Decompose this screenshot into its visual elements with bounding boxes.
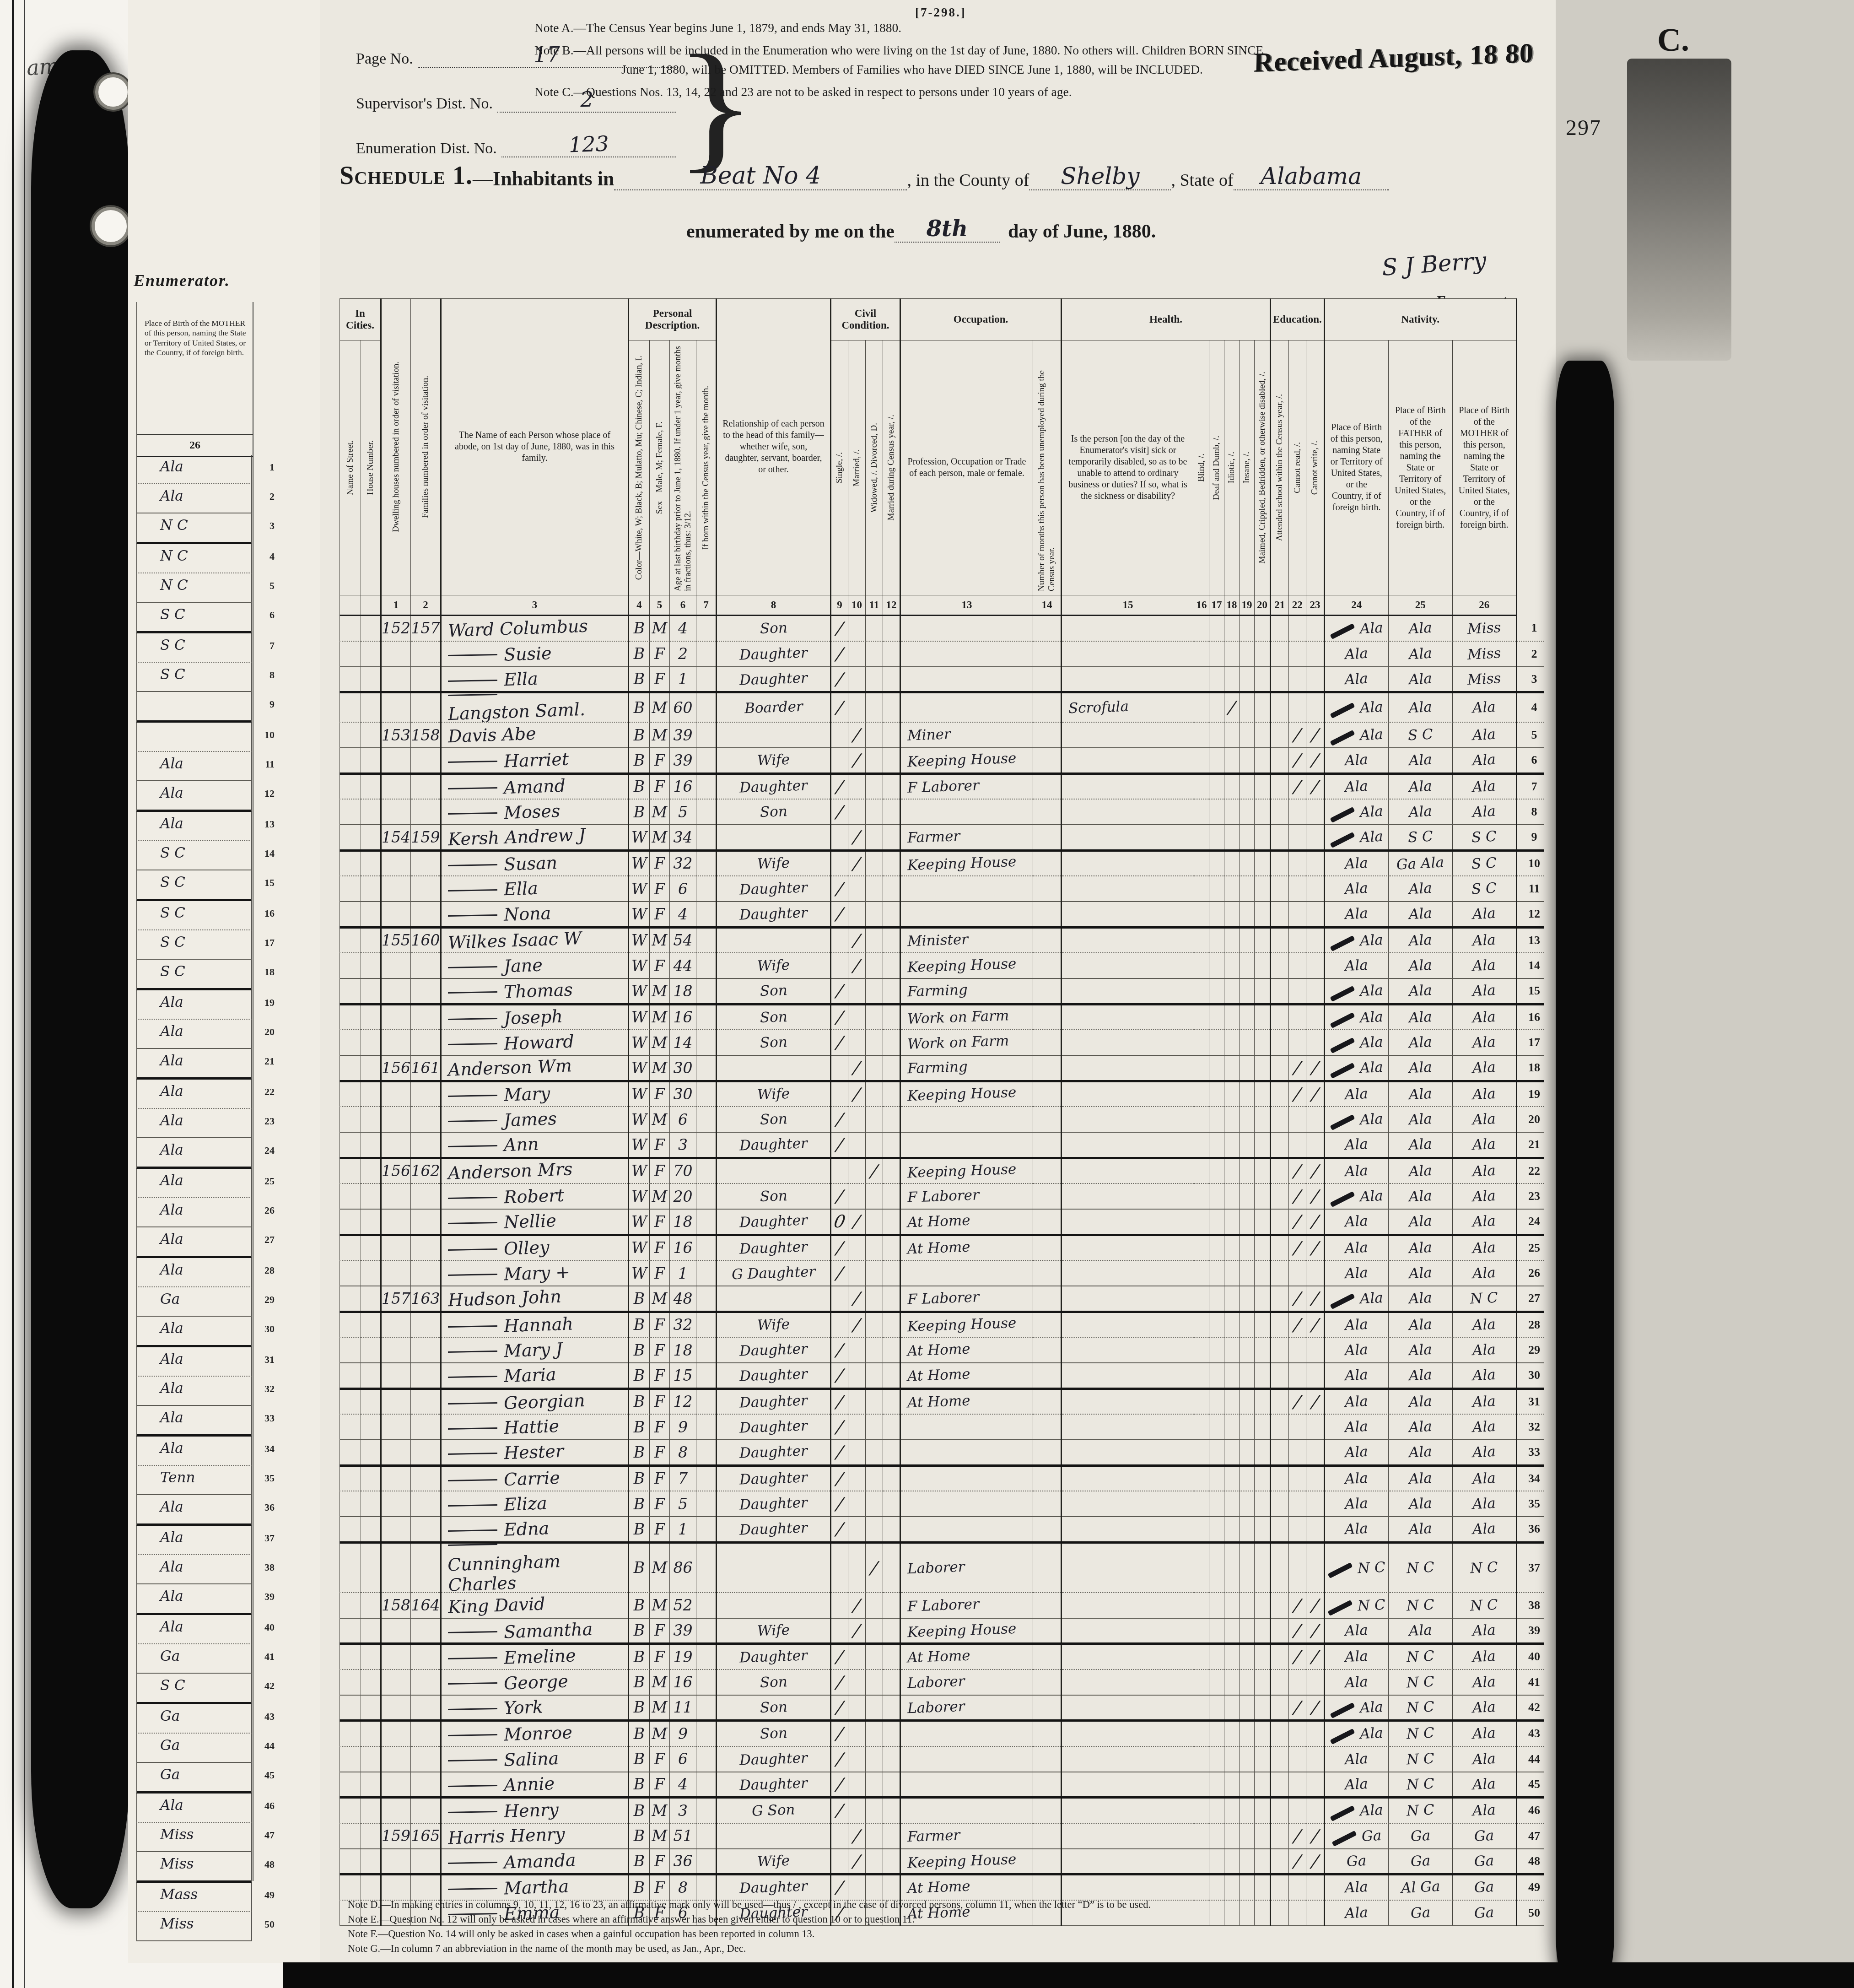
table-row: MonroeBM9Son/AlaN CAla43 xyxy=(340,1721,1544,1746)
cell-widowed xyxy=(866,1055,883,1081)
cell-color: B xyxy=(629,1798,650,1823)
cell-widowed xyxy=(866,641,883,667)
cell-age: 8 xyxy=(670,1440,696,1465)
cell-deaf_dumb xyxy=(1209,1875,1224,1900)
cell-name: Kersh Andrew J xyxy=(441,825,629,850)
cell-idiotic xyxy=(1224,1107,1240,1132)
cell-unemployed xyxy=(1033,1183,1062,1209)
cell-married_year xyxy=(883,722,900,748)
cell-birth_mother: S C xyxy=(1452,825,1516,850)
prev-value-row: Ala25 xyxy=(136,1169,252,1198)
cell-dw: 156 xyxy=(381,1055,411,1081)
cell-birth_self: Ala xyxy=(1324,1183,1388,1209)
row-number: 6 xyxy=(1516,748,1544,773)
col-header-married: Married, /. xyxy=(848,340,866,595)
cell-age: 8 xyxy=(670,1875,696,1900)
cell-age: 32 xyxy=(670,1312,696,1337)
cell-born_month xyxy=(696,1132,717,1158)
row-number: 48 xyxy=(1516,1849,1544,1875)
cell-deaf_dumb xyxy=(1209,1312,1224,1337)
cell-relation: Daughter xyxy=(717,1746,831,1772)
cell-blind xyxy=(1194,1875,1209,1900)
cell-maimed xyxy=(1255,1746,1271,1772)
cell-relation: Wife xyxy=(717,1849,831,1875)
cell-birth_self: Ala xyxy=(1324,1158,1388,1183)
cell-fam xyxy=(411,1772,441,1798)
cell-maimed xyxy=(1255,1875,1271,1900)
cell-single xyxy=(831,1542,848,1593)
cell-maimed xyxy=(1255,773,1271,799)
cell-birth_father: Ala xyxy=(1388,1030,1452,1055)
cell-color: B xyxy=(629,1312,650,1337)
cell-house xyxy=(361,692,381,723)
cell-maimed xyxy=(1255,722,1271,748)
cell-age: 18 xyxy=(670,1337,696,1363)
cell-blind xyxy=(1194,1107,1209,1132)
cell-dw: 153 xyxy=(381,722,411,748)
cell-maimed xyxy=(1255,1107,1271,1132)
cell-street xyxy=(340,616,361,641)
cell-born_month xyxy=(696,667,717,692)
cell-cannot_read xyxy=(1288,1772,1306,1798)
cell-birth_self: N C xyxy=(1324,1542,1388,1593)
cell-sickness xyxy=(1062,825,1194,850)
cell-unemployed xyxy=(1033,1235,1062,1260)
cell-maimed xyxy=(1255,1235,1271,1260)
cell-house xyxy=(361,1055,381,1081)
cell-widowed xyxy=(866,1235,883,1260)
group-header-occupation: Occupation. xyxy=(900,299,1062,340)
cell-cannot_write xyxy=(1306,616,1325,641)
table-row: Mary JBF18Daughter/At HomeAlaAlaAla29 xyxy=(340,1337,1544,1363)
cell-relation xyxy=(717,1055,831,1081)
cell-school xyxy=(1271,1158,1289,1183)
cell-unemployed xyxy=(1033,1618,1062,1644)
table-row: JamesWM6Son/AlaAlaAla20 xyxy=(340,1107,1544,1132)
col-header-insane: Insane, /. xyxy=(1240,340,1255,595)
table-row: AnnWF3Daughter/AlaAlaAla21 xyxy=(340,1132,1544,1158)
prev-value-row: Ga41 xyxy=(136,1644,252,1674)
cell-idiotic xyxy=(1224,1055,1240,1081)
cell-insane xyxy=(1240,722,1255,748)
cell-idiotic xyxy=(1224,876,1240,902)
row-number: 38 xyxy=(1516,1593,1544,1618)
cell-birth_father: Ala xyxy=(1388,1312,1452,1337)
binder-ring-icon xyxy=(92,207,130,245)
cell-idiotic xyxy=(1224,1491,1240,1517)
cell-deaf_dumb xyxy=(1209,1465,1224,1491)
cell-single: / xyxy=(831,1440,848,1465)
row-number: 43 xyxy=(1516,1721,1544,1746)
cell-born_month xyxy=(696,616,717,641)
cell-name: Ella xyxy=(441,876,629,902)
cell-occupation xyxy=(900,902,1033,927)
cell-single: / xyxy=(831,1030,848,1055)
prev-value-row: S C14 xyxy=(136,841,252,870)
row-number: 45 xyxy=(1516,1772,1544,1798)
cell-deaf_dumb xyxy=(1209,902,1224,927)
cell-unemployed xyxy=(1033,692,1062,723)
cell-fam: 161 xyxy=(411,1055,441,1081)
cell-unemployed xyxy=(1033,773,1062,799)
table-row: 158164King DavidBM52/F Laborer//N CN CN … xyxy=(340,1593,1544,1618)
cell-house xyxy=(361,1132,381,1158)
group-header-health: Health. xyxy=(1062,299,1271,340)
scan-right-band xyxy=(1556,361,1614,1988)
cell-street xyxy=(340,825,361,850)
cell-married: / xyxy=(848,722,866,748)
cell-birth_mother: Ala xyxy=(1452,799,1516,825)
cell-cannot_write xyxy=(1306,1260,1325,1286)
cell-blind xyxy=(1194,1363,1209,1388)
cell-idiotic xyxy=(1224,1644,1240,1669)
cell-street xyxy=(340,1695,361,1721)
cell-single xyxy=(831,1312,848,1337)
cell-insane xyxy=(1240,1517,1255,1542)
cell-maimed xyxy=(1255,876,1271,902)
cell-married_year xyxy=(883,1465,900,1491)
enumerated-line: enumerated by me on the 8th day of June,… xyxy=(686,216,1156,243)
cell-color: W xyxy=(629,1004,650,1030)
cell-cannot_read: / xyxy=(1288,1388,1306,1414)
cell-idiotic xyxy=(1224,1312,1240,1337)
cell-widowed xyxy=(866,1388,883,1414)
cell-color: B xyxy=(629,1849,650,1875)
cell-relation: Daughter xyxy=(717,902,831,927)
cell-street xyxy=(340,1593,361,1618)
cell-married: / xyxy=(848,1055,866,1081)
cell-blind xyxy=(1194,1030,1209,1055)
cell-color: B xyxy=(629,1823,650,1849)
cell-dw xyxy=(381,1517,411,1542)
cell-deaf_dumb xyxy=(1209,1235,1224,1260)
cell-occupation: Work on Farm xyxy=(900,1030,1033,1055)
cell-maimed xyxy=(1255,1209,1271,1235)
prev-value-row: Ga43 xyxy=(136,1704,252,1734)
cell-dw xyxy=(381,1183,411,1209)
cell-married_year xyxy=(883,667,900,692)
cell-born_month xyxy=(696,1260,717,1286)
cell-insane xyxy=(1240,773,1255,799)
cell-maimed xyxy=(1255,1542,1271,1593)
cell-married: / xyxy=(848,1849,866,1875)
cell-dw xyxy=(381,1107,411,1132)
cell-school xyxy=(1271,1695,1289,1721)
cell-born_month xyxy=(696,692,717,723)
cell-age: 11 xyxy=(670,1695,696,1721)
cell-dw xyxy=(381,667,411,692)
cell-occupation xyxy=(900,1260,1033,1286)
cell-name: Anderson Wm xyxy=(441,1055,629,1081)
cell-age: 9 xyxy=(670,1414,696,1440)
cell-sickness xyxy=(1062,927,1194,953)
cell-sickness xyxy=(1062,1517,1194,1542)
cell-born_month xyxy=(696,1669,717,1695)
col-header-single: Single, /. xyxy=(831,340,848,595)
cell-dw xyxy=(381,953,411,978)
cell-idiotic xyxy=(1224,1337,1240,1363)
cell-school xyxy=(1271,1209,1289,1235)
cell-widowed xyxy=(866,748,883,773)
cell-birth_mother: Ala xyxy=(1452,1517,1516,1542)
prev-column-header: Place of Birth of the MOTHER of this per… xyxy=(137,302,253,357)
cell-occupation xyxy=(900,1721,1033,1746)
cell-born_month xyxy=(696,1695,717,1721)
cell-born_month xyxy=(696,641,717,667)
cell-name: Jane xyxy=(441,953,629,978)
cell-idiotic xyxy=(1224,799,1240,825)
cell-unemployed xyxy=(1033,616,1062,641)
cell-idiotic xyxy=(1224,1593,1240,1618)
table-row: JosephWM16Son/Work on FarmAlaAlaAla16 xyxy=(340,1004,1544,1030)
scan-edge-line-2 xyxy=(24,0,25,1988)
cell-dw: 157 xyxy=(381,1286,411,1312)
row-number: 35 xyxy=(1516,1491,1544,1517)
table-row: MaryWF30Wife/Keeping House//AlaAlaAla19 xyxy=(340,1081,1544,1107)
cell-dw xyxy=(381,1465,411,1491)
cell-name: Martha xyxy=(441,1875,629,1900)
cell-street xyxy=(340,1158,361,1183)
cell-born_month xyxy=(696,953,717,978)
cell-color: B xyxy=(629,799,650,825)
cell-idiotic xyxy=(1224,1235,1240,1260)
cell-sex: M xyxy=(650,1669,670,1695)
cell-blind xyxy=(1194,1388,1209,1414)
cell-idiotic xyxy=(1224,850,1240,876)
cell-street xyxy=(340,902,361,927)
cell-single xyxy=(831,927,848,953)
cell-sickness xyxy=(1062,1414,1194,1440)
cell-sickness xyxy=(1062,1593,1194,1618)
cell-fam: 159 xyxy=(411,825,441,850)
cell-dw xyxy=(381,748,411,773)
enum-date-value: 8th xyxy=(927,216,968,242)
cell-cannot_read: / xyxy=(1288,748,1306,773)
cell-birth_mother: Ala xyxy=(1452,1030,1516,1055)
cell-dw xyxy=(381,850,411,876)
col-header-married_year: Married during Census year, /. xyxy=(883,340,900,595)
cell-widowed xyxy=(866,667,883,692)
cell-occupation: Farmer xyxy=(900,825,1033,850)
cell-cannot_write xyxy=(1306,692,1325,723)
cell-birth_father: Ala xyxy=(1388,876,1452,902)
cell-deaf_dumb xyxy=(1209,1055,1224,1081)
cell-birth_mother: Ala xyxy=(1452,1209,1516,1235)
cell-maimed xyxy=(1255,1158,1271,1183)
cell-sickness xyxy=(1062,902,1194,927)
cell-married xyxy=(848,1875,866,1900)
cell-fam xyxy=(411,1517,441,1542)
tabulation-tally-mark xyxy=(1330,807,1355,823)
cell-insane xyxy=(1240,902,1255,927)
supervisor-dist-label: Supervisor's Dist. No. xyxy=(356,95,493,113)
row-number: 2 xyxy=(1516,641,1544,667)
cell-birth_self: Ala xyxy=(1324,692,1388,723)
cell-relation: Daughter xyxy=(717,1235,831,1260)
cell-birth_father: Ala xyxy=(1388,953,1452,978)
cell-age: 36 xyxy=(670,1849,696,1875)
cell-born_month xyxy=(696,927,717,953)
prev-value-row: S C18 xyxy=(136,960,252,990)
cell-school xyxy=(1271,667,1289,692)
cell-relation: Boarder xyxy=(717,692,831,723)
cell-cannot_read xyxy=(1288,902,1306,927)
cell-school xyxy=(1271,1746,1289,1772)
cell-cannot_read xyxy=(1288,1107,1306,1132)
cell-school xyxy=(1271,1183,1289,1209)
cell-single: / xyxy=(831,1235,848,1260)
cell-color: B xyxy=(629,1721,650,1746)
col-header-born_month: If born within the Census year, give the… xyxy=(696,340,717,595)
cell-married: / xyxy=(848,1618,866,1644)
cell-house xyxy=(361,1721,381,1746)
cell-cannot_write: / xyxy=(1306,1081,1325,1107)
cell-maimed xyxy=(1255,1849,1271,1875)
cell-widowed xyxy=(866,927,883,953)
cell-maimed xyxy=(1255,1363,1271,1388)
cell-born_month xyxy=(696,1440,717,1465)
cell-deaf_dumb xyxy=(1209,1004,1224,1030)
cell-birth_father: S C xyxy=(1388,825,1452,850)
cell-birth_self: Ala xyxy=(1324,1030,1388,1055)
cell-blind xyxy=(1194,722,1209,748)
cell-birth_self: Ala xyxy=(1324,1260,1388,1286)
enumeration-dist-value: 123 xyxy=(568,131,609,157)
cell-relation xyxy=(717,1542,831,1593)
cell-single: / xyxy=(831,1363,848,1388)
cell-occupation: Keeping House xyxy=(900,1618,1033,1644)
cell-insane xyxy=(1240,748,1255,773)
cell-unemployed xyxy=(1033,1746,1062,1772)
cell-color: B xyxy=(629,692,650,723)
cell-fam xyxy=(411,1875,441,1900)
cell-street xyxy=(340,850,361,876)
cell-cannot_write: / xyxy=(1306,1644,1325,1669)
cell-born_month xyxy=(696,1004,717,1030)
col-header-cannot_write: Cannot write, /. xyxy=(1306,340,1325,595)
cell-single: / xyxy=(831,1388,848,1414)
cell-widowed xyxy=(866,1669,883,1695)
cell-sickness xyxy=(1062,748,1194,773)
cell-born_month xyxy=(696,1337,717,1363)
cell-widowed xyxy=(866,1363,883,1388)
prev-value-row: Ala28 xyxy=(136,1258,252,1287)
cell-birth_father: Ala xyxy=(1388,1363,1452,1388)
cell-birth_mother: Ala xyxy=(1452,1081,1516,1107)
cell-married xyxy=(848,667,866,692)
cell-birth_mother: Ala xyxy=(1452,1746,1516,1772)
row-number: 41 xyxy=(1516,1669,1544,1695)
table-row: HattieBF9Daughter/AlaAlaAla32 xyxy=(340,1414,1544,1440)
cell-married_year xyxy=(883,1823,900,1849)
cell-married: / xyxy=(848,1312,866,1337)
cell-fam xyxy=(411,1798,441,1823)
cell-birth_self: Ala xyxy=(1324,1414,1388,1440)
cell-blind xyxy=(1194,616,1209,641)
table-row: 156161Anderson WmWM30/Farming//AlaAlaAla… xyxy=(340,1055,1544,1081)
schedule-label: Schedule 1. xyxy=(340,161,473,190)
table-row: YorkBM11Son/Laborer//AlaN CAla42 xyxy=(340,1695,1544,1721)
tabulation-tally-mark xyxy=(1330,1012,1355,1028)
state-label: , State of xyxy=(1171,170,1233,190)
cell-relation xyxy=(717,825,831,850)
cell-dw xyxy=(381,1337,411,1363)
cell-deaf_dumb xyxy=(1209,1388,1224,1414)
cell-dw xyxy=(381,1721,411,1746)
cell-unemployed xyxy=(1033,1260,1062,1286)
cell-idiotic xyxy=(1224,616,1240,641)
cell-married_year xyxy=(883,1542,900,1593)
cell-birth_father: N C xyxy=(1388,1542,1452,1593)
cell-fam xyxy=(411,1107,441,1132)
table-row: Mary +WF1G Daughter/AlaAlaAla26 xyxy=(340,1260,1544,1286)
cell-school xyxy=(1271,850,1289,876)
cell-unemployed xyxy=(1033,1107,1062,1132)
cell-insane xyxy=(1240,1388,1255,1414)
cell-deaf_dumb xyxy=(1209,1132,1224,1158)
cell-blind xyxy=(1194,1004,1209,1030)
group-header-nativity: Nativity. xyxy=(1324,299,1516,340)
cell-single xyxy=(831,953,848,978)
cell-birth_self: Ala xyxy=(1324,1004,1388,1030)
cell-sickness xyxy=(1062,1618,1194,1644)
cell-fam xyxy=(411,1746,441,1772)
cell-color: B xyxy=(629,1337,650,1363)
cell-street xyxy=(340,1491,361,1517)
cell-married: / xyxy=(848,825,866,850)
cell-deaf_dumb xyxy=(1209,1517,1224,1542)
cell-school xyxy=(1271,1517,1289,1542)
table-row: HarrietBF39Wife/Keeping House//AlaAlaAla… xyxy=(340,748,1544,773)
cell-street xyxy=(340,1260,361,1286)
row-number: 20 xyxy=(1516,1107,1544,1132)
cell-cannot_write: / xyxy=(1306,1183,1325,1209)
cell-insane xyxy=(1240,1209,1255,1235)
cell-maimed xyxy=(1255,748,1271,773)
cell-idiotic xyxy=(1224,1440,1240,1465)
cell-relation: Son xyxy=(717,1183,831,1209)
cell-sex: M xyxy=(650,692,670,723)
cell-birth_self: N C xyxy=(1324,1593,1388,1618)
cell-occupation: Laborer xyxy=(900,1669,1033,1695)
cell-occupation xyxy=(900,1517,1033,1542)
cell-sickness xyxy=(1062,1721,1194,1746)
cell-maimed xyxy=(1255,641,1271,667)
cell-school xyxy=(1271,1414,1289,1440)
prev-value-row: Ala12 xyxy=(136,781,252,812)
cell-age: 30 xyxy=(670,1055,696,1081)
cell-idiotic xyxy=(1224,1721,1240,1746)
cell-deaf_dumb xyxy=(1209,667,1224,692)
cell-insane xyxy=(1240,1798,1255,1823)
col-number-born_month: 7 xyxy=(696,595,717,616)
cell-name: Mary + xyxy=(441,1260,629,1286)
row-number: 4 xyxy=(1516,692,1544,723)
cell-maimed xyxy=(1255,1823,1271,1849)
cell-widowed xyxy=(866,1286,883,1312)
cell-street xyxy=(340,1875,361,1900)
cell-insane xyxy=(1240,876,1255,902)
cell-fam xyxy=(411,1849,441,1875)
col-header-name: The Name of each Person whose place of a… xyxy=(441,299,629,595)
row-number: 32 xyxy=(1516,1414,1544,1440)
cell-birth_mother: Ala xyxy=(1452,1004,1516,1030)
prev-value-row: Ga45 xyxy=(136,1763,252,1794)
cell-birth_mother: Ala xyxy=(1452,1312,1516,1337)
cell-fam xyxy=(411,641,441,667)
cell-birth_self: Ala xyxy=(1324,1798,1388,1823)
cell-birth_mother: Ala xyxy=(1452,978,1516,1004)
